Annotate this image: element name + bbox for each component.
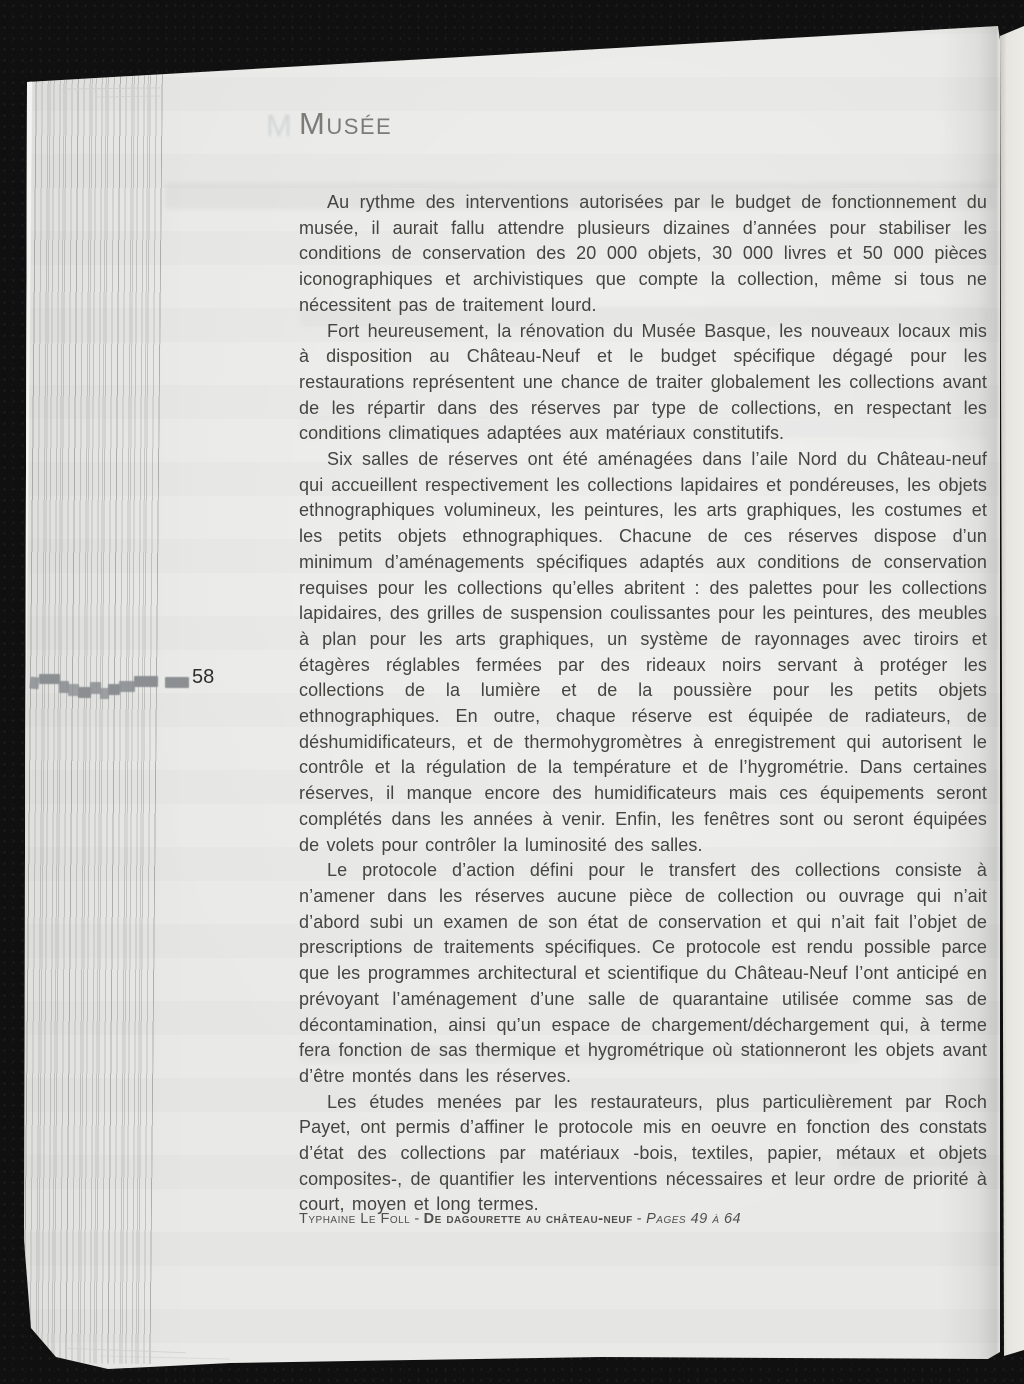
facing-page-sliver (1000, 20, 1024, 1360)
footer-article-title: De dagourette au château-neuf (424, 1211, 633, 1227)
book-page: M Musée Au rythme des interventions auto… (0, 0, 1024, 1384)
paragraph: Les études menées par les restaurateurs,… (299, 1090, 987, 1219)
page-edge-tab-mark (165, 677, 189, 688)
page-edge-tab-mark (134, 676, 158, 687)
header-showthrough: M (266, 110, 292, 141)
page-edge-stack (14, 57, 163, 1364)
page-edge-tab-mark (119, 681, 135, 692)
scanned-book-photo: M Musée Au rythme des interventions auto… (0, 0, 1024, 1384)
footer-separator: - (410, 1211, 423, 1227)
footer-separator: - (633, 1211, 646, 1227)
body-text: Au rythme des interventions autorisées p… (299, 190, 987, 1218)
paragraph: Six salles de réserves ont été aménagées… (299, 447, 987, 858)
paragraph: Le protocole d’action défini pour le tra… (299, 858, 987, 1089)
paragraph: Fort heureusement, la rénovation du Musé… (299, 319, 987, 448)
running-footer: Typhaine Le Foll-De dagourette au châtea… (299, 1211, 741, 1227)
paragraph: Au rythme des interventions autorisées p… (299, 190, 987, 319)
page-number: 58 (192, 666, 214, 689)
section-header: Musée (299, 108, 392, 139)
footer-page-range: Pages 49 à 64 (646, 1211, 741, 1227)
footer-author: Typhaine Le Foll (299, 1211, 410, 1227)
page-edge-tab-mark (39, 674, 60, 684)
